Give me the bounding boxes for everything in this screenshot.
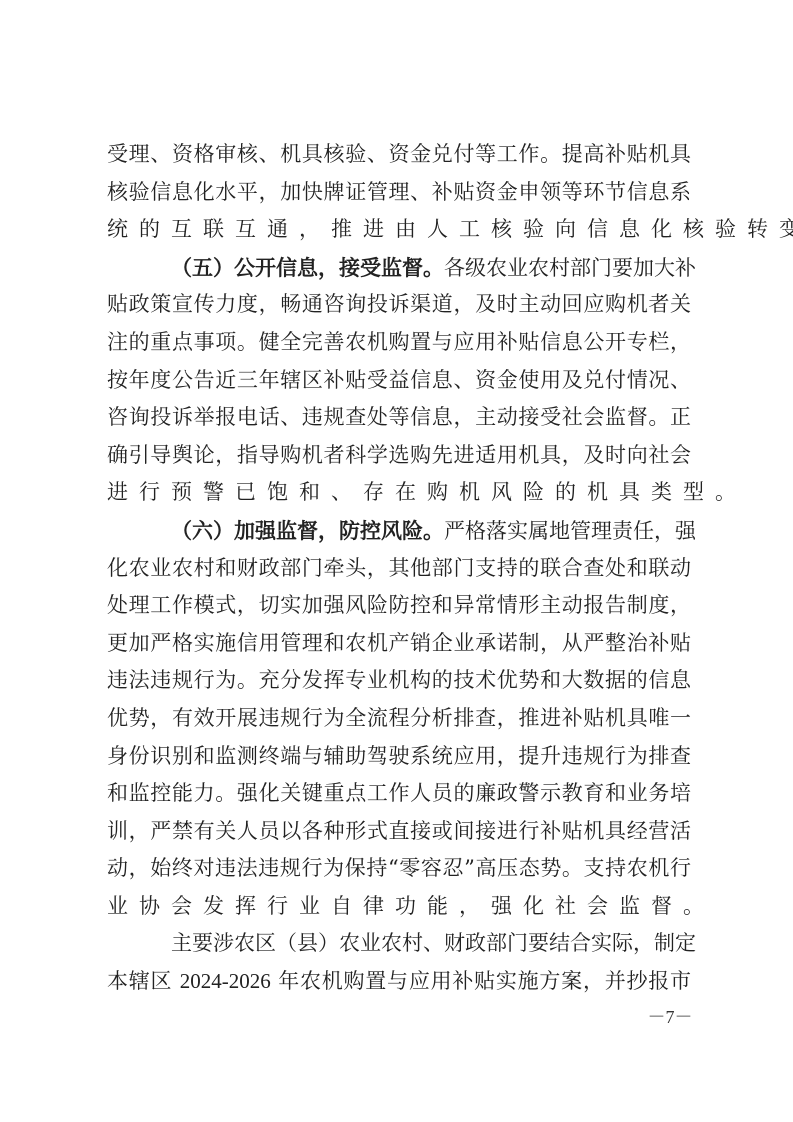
document-body: 受理、资格审核、机具核验、资金兑付等工作。提高补贴机具 核验信息化水平，加快牌证… xyxy=(107,136,691,1001)
section-heading-five: （五）公开信息，接受监督。 xyxy=(171,255,444,280)
text-line: 更加严格实施信用管理和农机产销企业承诺制，从严整治补贴 xyxy=(107,625,691,663)
text-line: 主要涉农区（县）农业农村、财政部门要结合实际，制定 xyxy=(107,925,691,963)
text-line: 受理、资格审核、机具核验、资金兑付等工作。提高补贴机具 xyxy=(107,136,691,174)
text-line: 注的重点事项。健全完善农机购置与应用补贴信息公开专栏， xyxy=(107,324,691,362)
text-line: 核验信息化水平，加快牌证管理、补贴资金申领等环节信息系 xyxy=(107,174,691,212)
text-span: 年农机购置与应用补贴实施方案，并抄报市 xyxy=(278,969,691,993)
text-line: 按年度公告近三年辖区补贴受益信息、资金使用及兑付情况、 xyxy=(107,362,691,400)
text-line-with-years: 本辖区 2024-2026 年农机购置与应用补贴实施方案，并抄报市 xyxy=(107,963,691,1001)
document-page: 受理、资格审核、机具核验、资金兑付等工作。提高补贴机具 核验信息化水平，加快牌证… xyxy=(0,0,793,1122)
text-span: 严格落实属地管理责任，强 xyxy=(444,519,696,543)
text-line: 咨询投诉举报电话、违规查处等信息，主动接受社会监督。正 xyxy=(107,399,691,437)
text-line: 贴政策宣传力度，畅通咨询投诉渠道，及时主动回应购机者关 xyxy=(107,286,691,324)
year-range: 2024-2026 xyxy=(180,969,271,993)
text-line: 优势，有效开展违规行为全流程分析排查，推进补贴机具唯一 xyxy=(107,700,691,738)
text-line: 进行预警已饱和、存在购机风险的机具类型。 xyxy=(107,474,691,512)
text-line: 化农业农村和财政部门牵头，其他部门支持的联合查处和联动 xyxy=(107,550,691,588)
section-six-first-line: （六）加强监督，防控风险。严格落实属地管理责任，强 xyxy=(107,512,691,550)
text-line: 身份识别和监测终端与辅助驾驶系统应用，提升违规行为排查 xyxy=(107,738,691,776)
text-line: 违法违规行为。充分发挥专业机构的技术优势和大数据的信息 xyxy=(107,662,691,700)
text-line: 确引导舆论，指导购机者科学选购先进适用机具，及时向社会 xyxy=(107,437,691,475)
text-span: 各级农业农村部门要加大补 xyxy=(444,256,696,280)
page-number: －7－ xyxy=(640,1003,700,1029)
text-line: 统的互联互通，推进由人工核验向信息化核验转变。 xyxy=(107,211,691,249)
text-line: 训，严禁有关人员以各种形式直接或间接进行补贴机具经营活 xyxy=(107,813,691,851)
text-line: 业协会发挥行业自律功能，强化社会监督。 xyxy=(107,888,691,926)
text-line: 动，始终对违法违规行为保持“零容忍”高压态势。支持农机行 xyxy=(107,850,691,888)
text-span: 本辖区 xyxy=(107,969,172,993)
section-heading-six: （六）加强监督，防控风险。 xyxy=(171,518,444,543)
text-line: 处理工作模式，切实加强风险防控和异常情形主动报告制度， xyxy=(107,587,691,625)
text-line: 和监控能力。强化关键重点工作人员的廉政警示教育和业务培 xyxy=(107,775,691,813)
section-five-first-line: （五）公开信息，接受监督。各级农业农村部门要加大补 xyxy=(107,249,691,287)
